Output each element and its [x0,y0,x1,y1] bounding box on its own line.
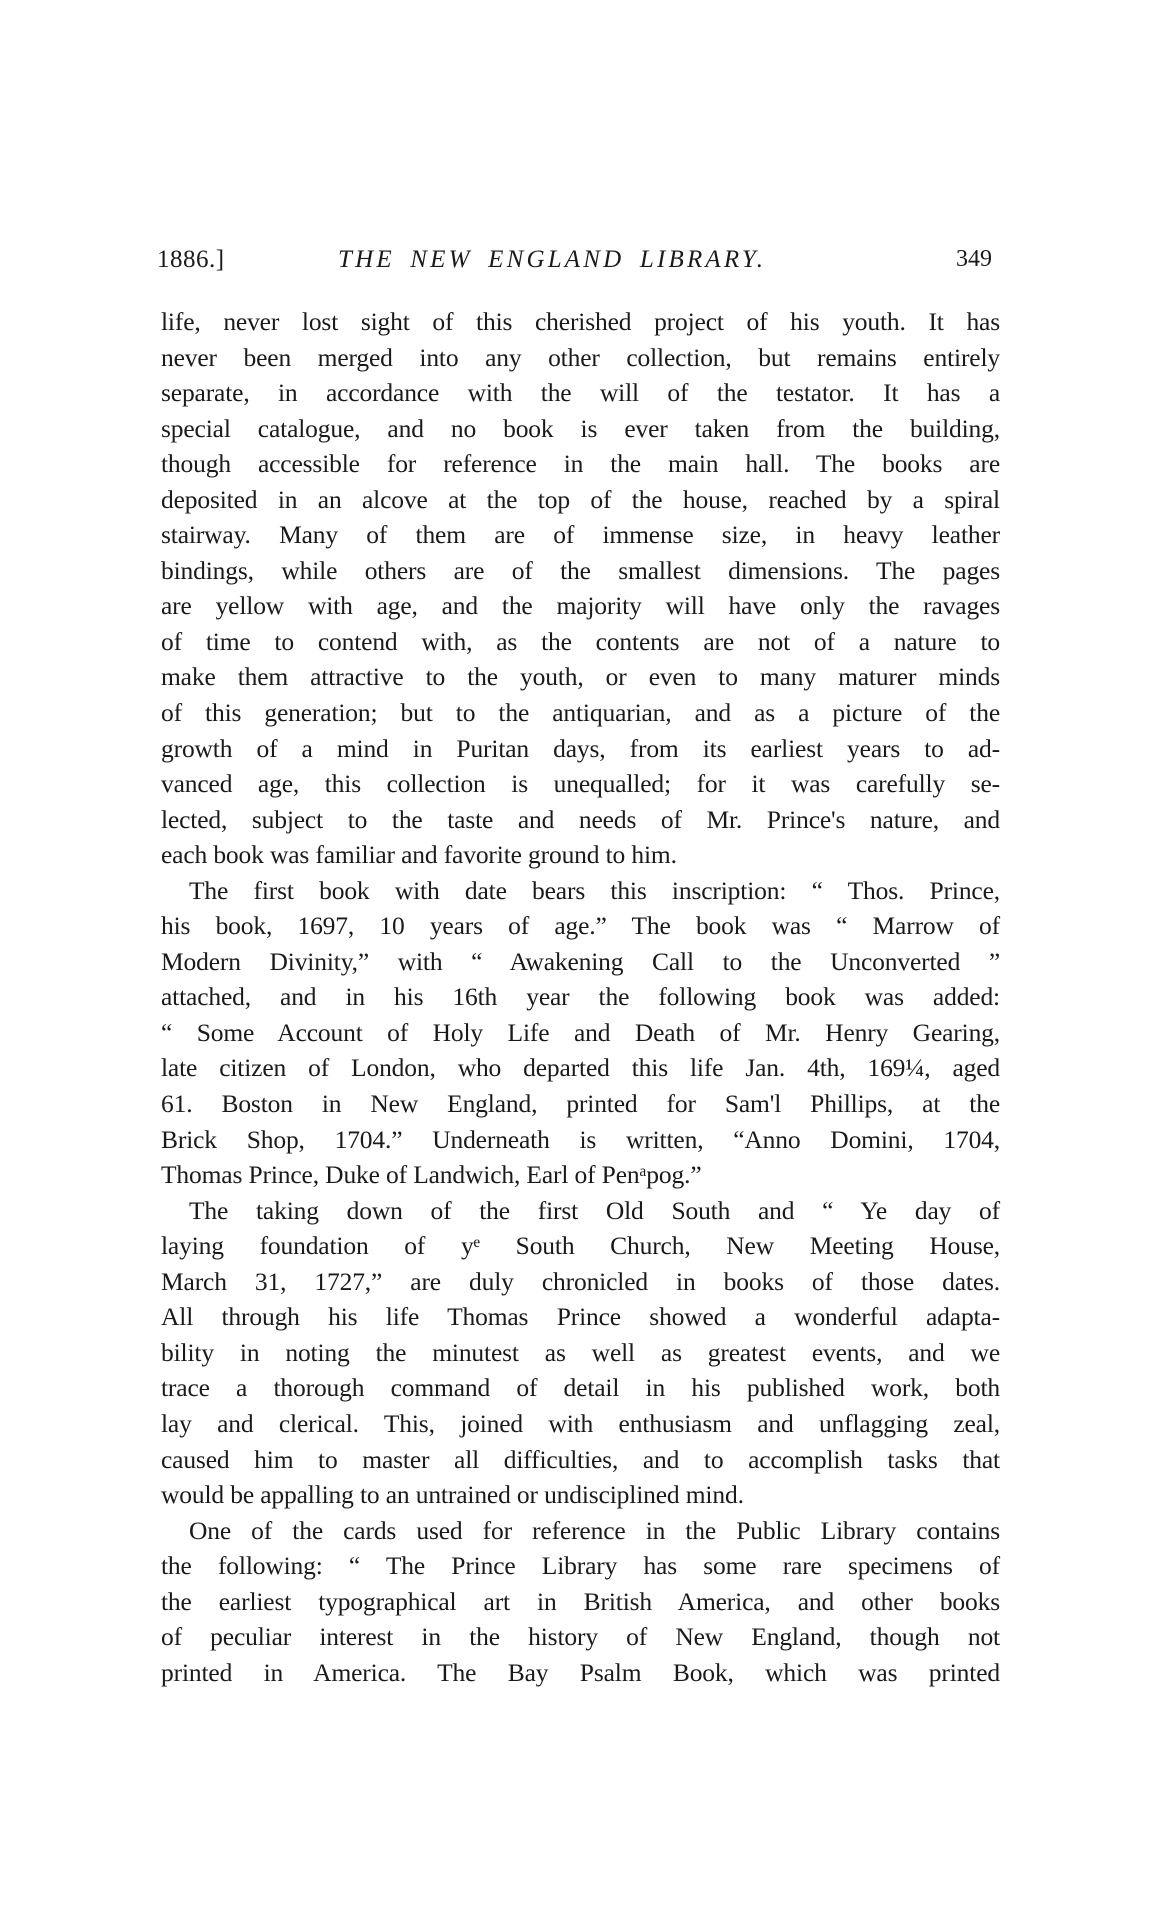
text-line: his book, 1697, 10 years of age.” The bo… [161,908,1000,944]
text-line: Modern Divinity,” with “ Awakening Call … [161,944,1000,980]
text-line: separate, in accordance with the will of… [161,375,1000,411]
text-line: lected, subject to the taste and needs o… [161,802,1000,838]
text-line: lay and clerical. This, joined with enth… [161,1406,1000,1442]
text-line: attached, and in his 16th year the follo… [161,979,1000,1015]
text-line: of time to contend with, as the contents… [161,624,1000,660]
text-line: of peculiar interest in the history of N… [161,1619,1000,1655]
book-page: 1886.] THE NEW ENGLAND LIBRARY. 349 life… [0,0,1176,1912]
text-line: life, never lost sight of this cherished… [161,304,1000,340]
text-line: each book was familiar and favorite grou… [161,837,1000,873]
text-line: 61. Boston in New England, printed for S… [161,1086,1000,1122]
text-line: bility in noting the minutest as well as… [161,1335,1000,1371]
text-line: Brick Shop, 1704.” Underneath is written… [161,1122,1000,1158]
text-line: printed in America. The Bay Psalm Book, … [161,1655,1000,1691]
text-line: late citizen of London, who departed thi… [161,1050,1000,1086]
text-line: vanced age, this collection is unequalle… [161,766,1000,802]
text-line: growth of a mind in Puritan days, from i… [161,731,1000,767]
text-line: laying foundation of yᵉ South Church, Ne… [161,1228,1000,1264]
text-line: never been merged into any other collect… [161,340,1000,376]
text-line: All through his life Thomas Prince showe… [161,1299,1000,1335]
paragraph-start-line: The taking down of the first Old South a… [161,1193,1000,1229]
text-line: March 31, 1727,” are duly chronicled in … [161,1264,1000,1300]
text-line: “ Some Account of Holy Life and Death of… [161,1015,1000,1051]
text-line: trace a thorough command of detail in hi… [161,1370,1000,1406]
running-head: 1886.] THE NEW ENGLAND LIBRARY. 349 [157,246,992,276]
text-line: deposited in an alcove at the top of the… [161,482,1000,518]
page-number: 349 [956,246,992,273]
text-line: are yellow with age, and the majority wi… [161,588,1000,624]
text-line: the earliest typographical art in Britis… [161,1584,1000,1620]
paragraph-start-line: The first book with date bears this insc… [161,873,1000,909]
text-line: would be appalling to an untrained or un… [161,1477,1000,1513]
text-line: caused him to master all difficulties, a… [161,1442,1000,1478]
text-line: special catalogue, and no book is ever t… [161,411,1000,447]
text-line: bindings, while others are of the smalle… [161,553,1000,589]
running-head-year: 1886.] [157,246,225,274]
running-head-title: THE NEW ENGLAND LIBRARY. [338,246,766,274]
text-line: stairway. Many of them are of immense si… [161,517,1000,553]
paragraph-start-line: One of the cards used for reference in t… [161,1513,1000,1549]
text-line: though accessible for reference in the m… [161,446,1000,482]
text-line: of this generation; but to the antiquari… [161,695,1000,731]
text-line: Thomas Prince, Duke of Landwich, Earl of… [161,1157,1000,1193]
text-line: make them attractive to the youth, or ev… [161,659,1000,695]
text-line: the following: “ The Prince Library has … [161,1548,1000,1584]
body-text: life, never lost sight of this cherished… [161,304,1000,1690]
